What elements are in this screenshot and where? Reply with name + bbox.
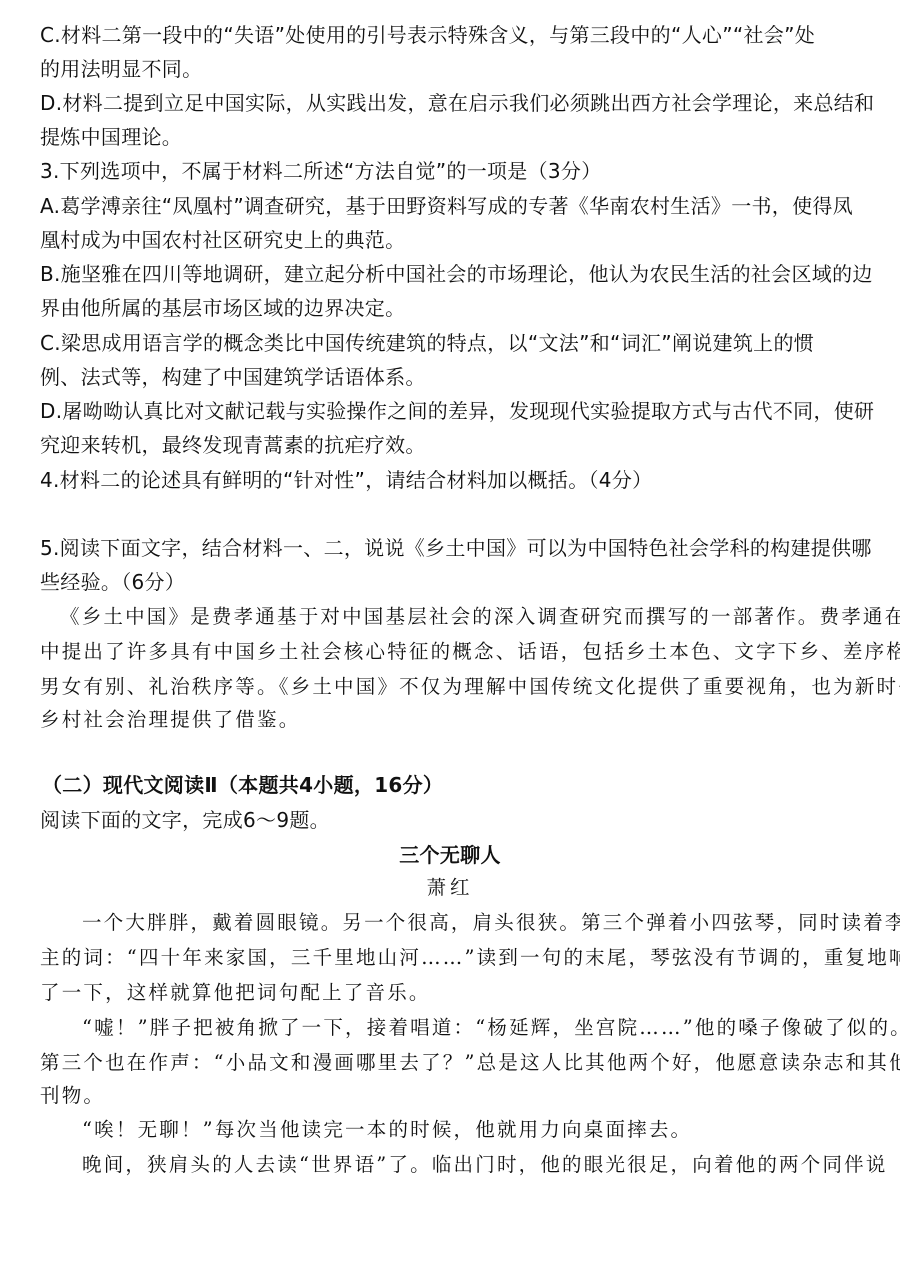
story-p2-line3: 刊物。 [40,1083,105,1109]
q3-option-a-line1: A.葛学溥亲往“凤凰村”调查研究，基于田野资料写成的专著《华南农村生活》一书，使… [40,193,853,219]
q3-option-d-line1: D.屠呦呦认真比对文献记载与实验操作之间的差异，发现现代实验提取方式与古代不同，… [40,398,874,424]
q5-passage-line1: 《乡土中国》是费孝通基于对中国基层社会的深入调查研究而撰写的一部著作。费孝通在书 [60,604,900,630]
story-p2-line2: 第三个也在作声：“小品文和漫画哪里去了？”总是这人比其他两个好，他愿意读杂志和其… [40,1050,900,1076]
q5-stem-line2: 些经验。（6分） [40,569,185,595]
story-author: 萧红 [0,875,900,901]
story-p2-line1: “嘘！”胖子把被角掀了一下，接着唱道：“杨延辉，坐宫院……”他的嗓子像破了似的。 [82,1015,900,1041]
section-instruction: 阅读下面的文字，完成6～9题。 [40,807,330,833]
q2-option-d-line1: D.材料二提到立足中国实际，从实践出发，意在启示我们必须跳出西方社会学理论，来总… [40,90,874,116]
q4-stem: 4.材料二的论述具有鲜明的“针对性”，请结合材料加以概括。（4分） [40,467,652,493]
q5-passage-line3: 男女有别、礼治秩序等。《乡土中国》不仅为理解中国传统文化提供了重要视角，也为新时… [40,674,900,700]
section-header: （二）现代文阅读Ⅱ（本题共4小题，16分） [42,772,443,798]
q5-passage-line4: 乡村社会治理提供了借鉴。 [40,707,300,733]
q2-option-d-line2: 提炼中国理论。 [40,124,182,150]
q5-stem-line1: 5.阅读下面文字，结合材料一、二，说说《乡土中国》可以为中国特色社会学科的构建提… [40,535,872,561]
q3-option-b-line2: 界由他所属的基层市场区域的边界决定。 [40,295,405,321]
story-p1-line1: 一个大胖胖，戴着圆眼镜。另一个很高，肩头很狭。第三个弹着小四弦琴，同时读着李后 [82,910,900,936]
story-p4-line1: 晚间，狭肩头的人去读“世界语”了。临出门时，他的眼光很足，向着他的两个同伴说 [82,1152,888,1178]
story-p3-line1: “唉！无聊！”每次当他读完一本的时候，他就用力向桌面摔去。 [82,1117,692,1143]
q2-option-c-line1: C.材料二第一段中的“失语”处使用的引号表示特殊含义，与第三段中的“人心”“社会… [40,22,815,48]
q2-option-c-line2: 的用法明显不同。 [40,56,202,82]
q3-option-c-line1: C.梁思成用语言学的概念类比中国传统建筑的特点，以“文法”和“词汇”阐说建筑上的… [40,330,814,356]
q3-option-c-line2: 例、法式等，构建了中国建筑学话语体系。 [40,364,426,390]
q3-option-b-line1: B.施坚雅在四川等地调研，建立起分析中国社会的市场理论，他认为农民生活的社会区域… [40,261,873,287]
story-title: 三个无聊人 [0,842,900,868]
story-p1-line2: 主的词：“四十年来家国，三千里地山河……”读到一句的末尾，琴弦没有节调的，重复地… [40,945,900,971]
q3-stem: 3.下列选项中，不属于材料二所述“方法自觉”的一项是（3分） [40,158,602,184]
q3-option-a-line2: 凰村成为中国农村社区研究史上的典范。 [40,227,405,253]
q5-passage-line2: 中提出了许多具有中国乡土社会核心特征的概念、话语，包括乡土本色、文字下乡、差序格… [40,639,900,665]
q3-option-d-line2: 究迎来转机，最终发现青蒿素的抗疟疗效。 [40,432,426,458]
story-p1-line3: 了一下，这样就算他把词句配上了音乐。 [40,980,431,1006]
